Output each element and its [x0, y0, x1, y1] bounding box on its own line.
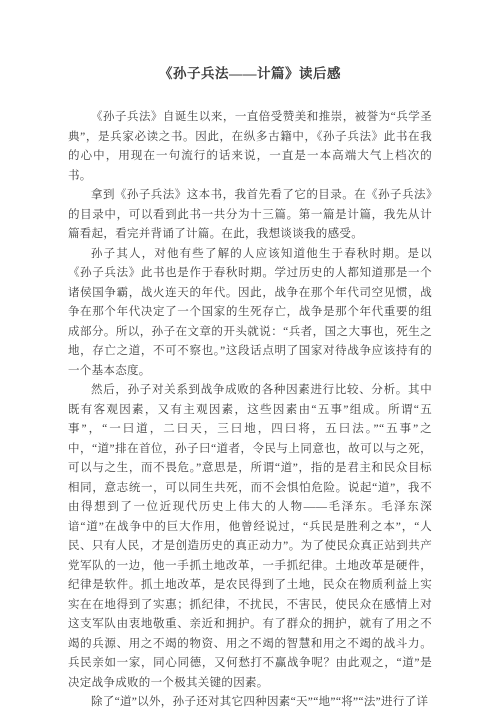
paragraph-intro: 《孙子兵法》自诞生以来，一直倍受赞美和推崇，被誉为“兵学圣典”，是兵家必读之书。…: [68, 108, 432, 186]
paragraph-five-factors-dao: 然后，孙子对关系到战争成败的各种因素进行比较、分析。其中既有客观因素，又有主观因…: [68, 381, 432, 693]
paragraph-historical-background: 孙子其人，对他有些了解的人应该知道他生于春秋时期。是以《孙子兵法》此书也是作于春…: [68, 245, 432, 382]
document-page: 《孙子兵法——计篇》读后感 《孙子兵法》自诞生以来，一直倍受赞美和推崇，被誉为“…: [0, 0, 500, 708]
document-title: 《孙子兵法——计篇》读后感: [68, 62, 432, 82]
paragraph-other-factors: 除了“道”以外，孙子还对其它四种因素“天”“地”“将”“法”进行了详: [68, 693, 432, 708]
paragraph-table-of-contents: 拿到《孙子兵法》这本书，我首先看了它的目录。在《孙子兵法》的目录中，可以看到此书…: [68, 186, 432, 245]
document-body: 《孙子兵法》自诞生以来，一直倍受赞美和推崇，被誉为“兵学圣典”，是兵家必读之书。…: [68, 108, 432, 708]
